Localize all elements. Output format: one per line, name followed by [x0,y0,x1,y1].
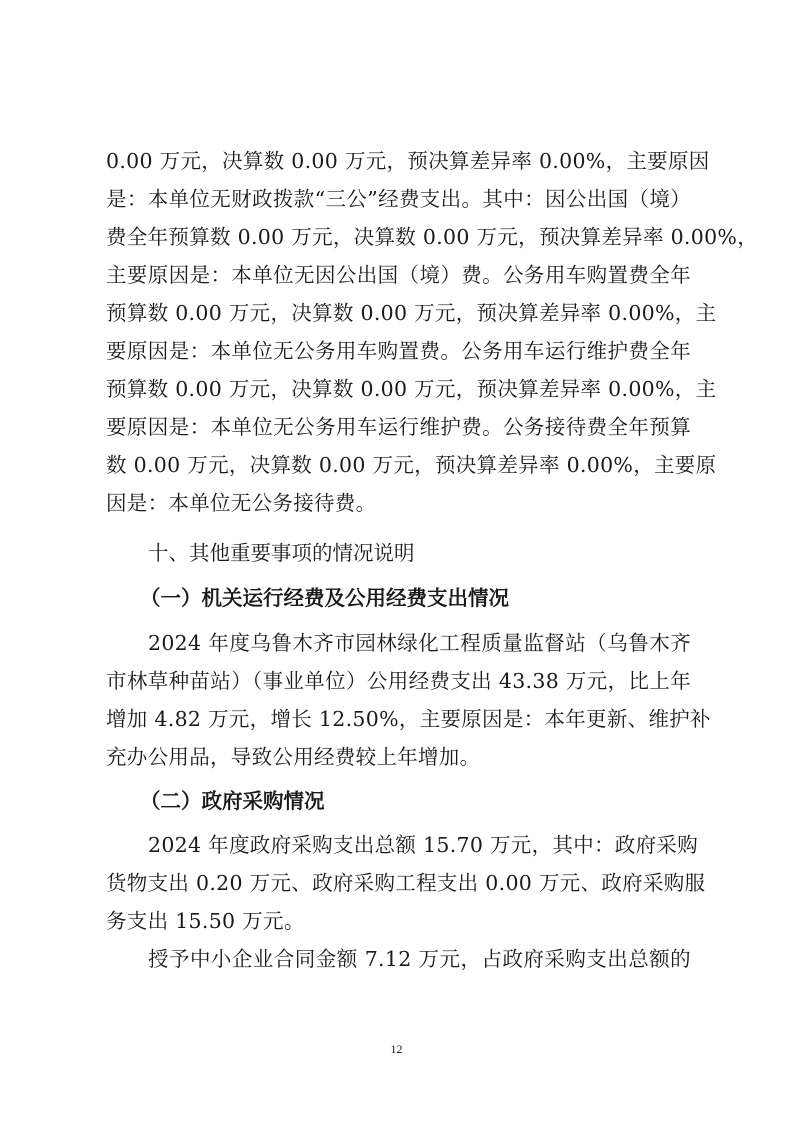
subsection-heading: （一）机关运行经费及公用经费支出情况 [140,585,509,611]
subsection-heading: （二）政府采购情况 [140,788,325,814]
paragraph-line: 0.00 万元，决算数 0.00 万元，预决算差异率 0.00%，主要原因 [106,148,691,174]
paragraph-line: 增加 4.82 万元，增长 12.50%，主要原因是：本年更新、维护补 [106,706,691,732]
paragraph-line: 货物支出 0.20 万元、政府采购工程支出 0.00 万元、政府采购服 [106,870,691,896]
paragraph-line: 务支出 15.50 万元。 [106,908,691,934]
paragraph-line: 预算数 0.00 万元，决算数 0.00 万元，预决算差异率 0.00%，主 [106,300,691,326]
paragraph-line: 主要原因是：本单位无因公出国（境）费。公务用车购置费全年 [106,262,691,288]
paragraph-line: 因是：本单位无公务接待费。 [106,490,691,516]
paragraph-line: 是：本单位无财政拨款“三公”经费支出。其中：因公出国（境） [106,186,691,212]
page-number: 12 [0,1042,793,1057]
paragraph-line: 2024 年度政府采购支出总额 15.70 万元，其中：政府采购 [148,832,691,858]
paragraph-line: 市林草种苗站）（事业单位）公用经费支出 43.38 万元，比上年 [106,668,691,694]
paragraph-line: 充办公用品，导致公用经费较上年增加。 [106,744,691,770]
paragraph-line: 要原因是：本单位无公务用车运行维护费。公务接待费全年预算 [106,414,691,440]
paragraph-line: 2024 年度乌鲁木齐市园林绿化工程质量监督站（乌鲁木齐 [148,630,691,656]
paragraph-line: 要原因是：本单位无公务用车购置费。公务用车运行维护费全年 [106,338,691,364]
paragraph-line: 授予中小企业合同金额 7.12 万元，占政府采购支出总额的 [148,946,691,972]
document-page: 0.00 万元，决算数 0.00 万元，预决算差异率 0.00%，主要原因 是：… [0,0,793,1122]
paragraph-line: 预算数 0.00 万元，决算数 0.00 万元，预决算差异率 0.00%，主 [106,376,691,402]
paragraph-line: 数 0.00 万元，决算数 0.00 万元，预决算差异率 0.00%，主要原 [106,452,691,478]
paragraph-line: 费全年预算数 0.00 万元，决算数 0.00 万元，预决算差异率 0.00%， [106,224,691,250]
section-heading: 十、其他重要事项的情况说明 [148,540,415,566]
